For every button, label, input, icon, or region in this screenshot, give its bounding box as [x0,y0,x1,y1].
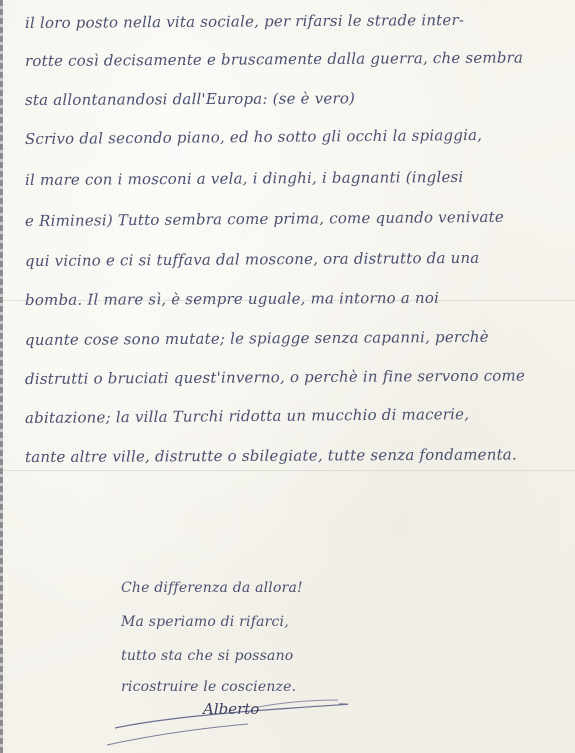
signature: Alberto [203,700,259,718]
letter-page: il loro posto nella vita sociale, per ri… [3,0,575,753]
signature-flourish [3,0,575,753]
